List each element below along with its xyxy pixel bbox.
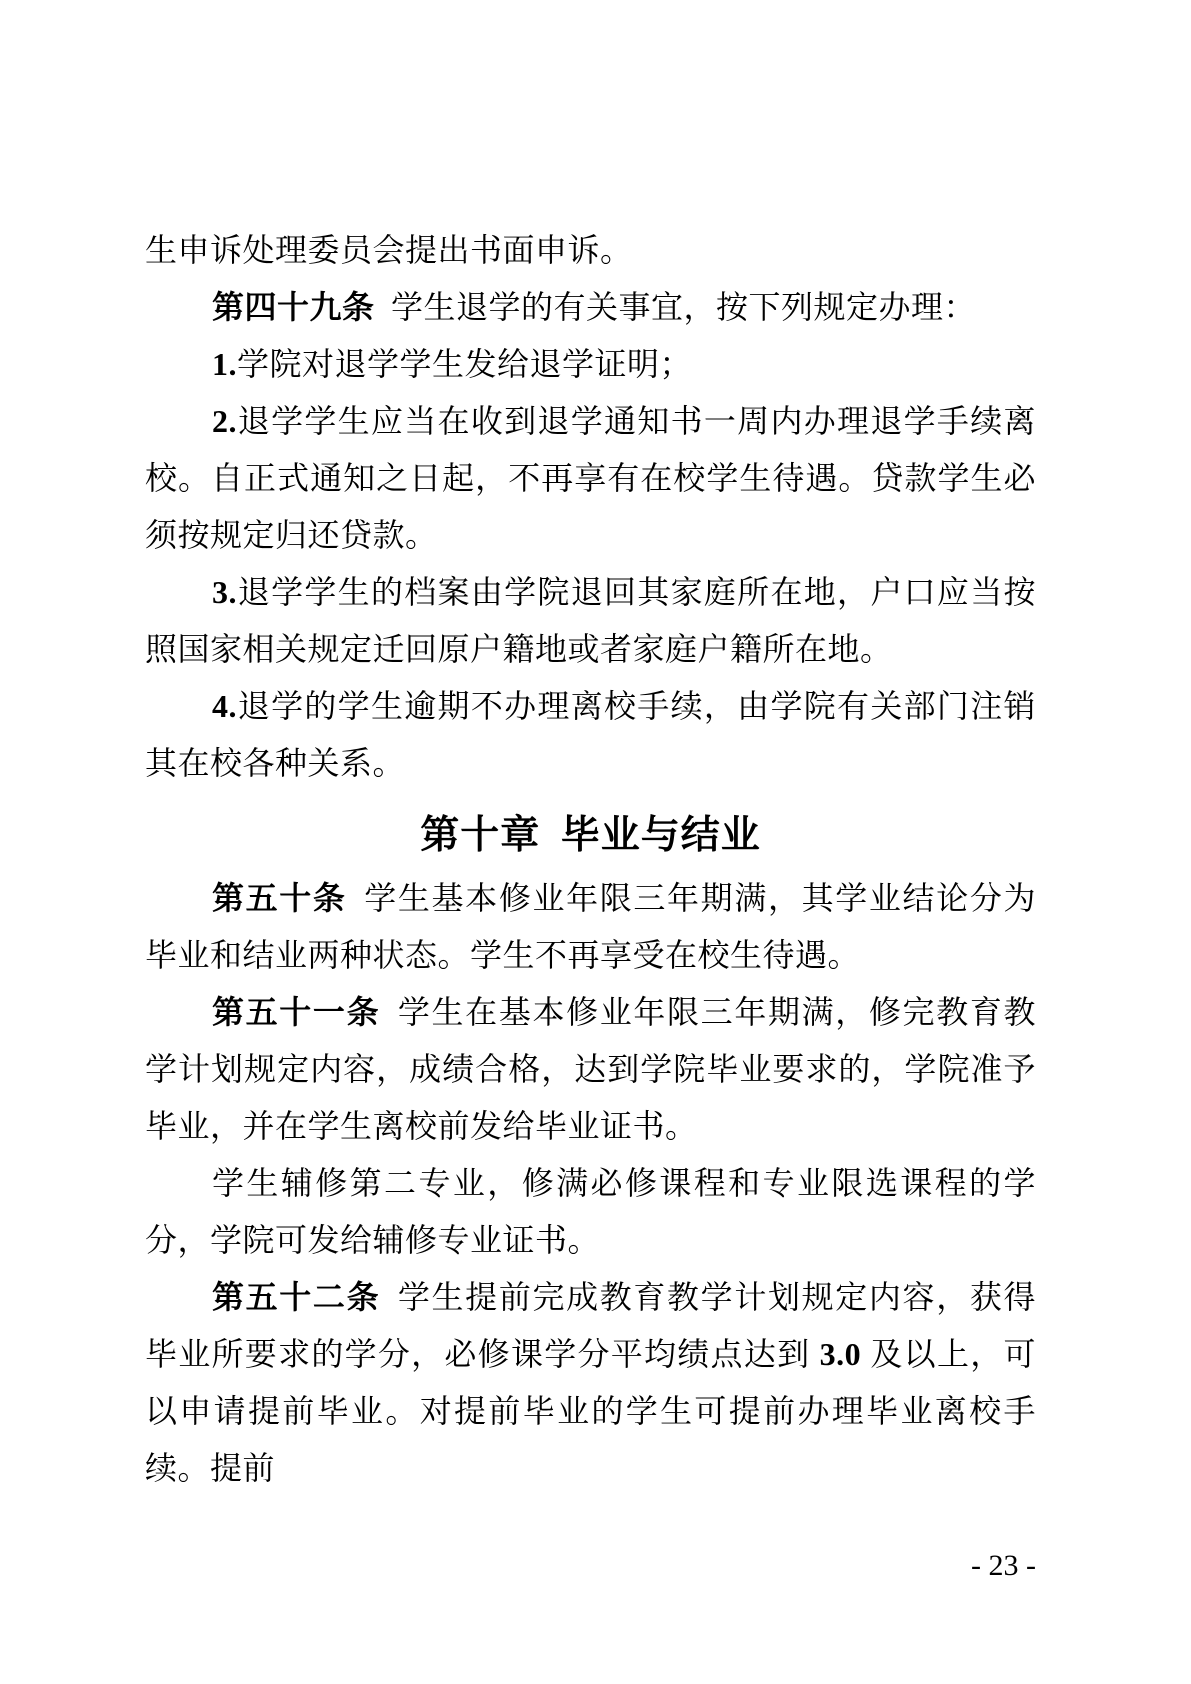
paragraph: 学生辅修第二专业，修满必修课程和专业限选课程的学分，学院可发给辅修专业证书。 — [145, 1155, 1036, 1269]
article-lead: 第五十一条 — [212, 994, 380, 1030]
paragraph: 第五十二条 学生提前完成教育教学计划规定内容，获得毕业所要求的学分，必修课学分平… — [145, 1269, 1036, 1497]
text-run: 退学学生的档案由学院退回其家庭所在地，户口应当按照国家相关规定迁回原户籍地或者家… — [145, 574, 1036, 667]
paragraph: 第五十条 学生基本修业年限三年期满，其学业结论分为毕业和结业两种状态。学生不再享… — [145, 870, 1036, 984]
numeral: 3.0 — [820, 1336, 862, 1372]
document-page: 生申诉处理委员会提出书面申诉。第四十九条 学生退学的有关事宜，按下列规定办理：1… — [0, 0, 1191, 1684]
paragraph: 2.退学学生应当在收到退学通知书一周内办理退学手续离校。自正式通知之日起，不再享… — [145, 393, 1036, 564]
article-lead: 第五十条 — [212, 880, 347, 916]
numeral: 3. — [212, 574, 237, 610]
text-run: 生申诉处理委员会提出书面申诉。 — [145, 232, 633, 268]
text-run: 学生辅修第二专业，修满必修课程和专业限选课程的学分，学院可发给辅修专业证书。 — [145, 1165, 1036, 1258]
text-run: 退学学生应当在收到退学通知书一周内办理退学手续离校。自正式通知之日起，不再享有在… — [145, 403, 1036, 553]
article-lead: 第四十九条 — [212, 289, 375, 325]
paragraph: 4.退学的学生逾期不办理离校手续，由学院有关部门注销其在校各种关系。 — [145, 678, 1036, 792]
paragraph: 第五十一条 学生在基本修业年限三年期满，修完教育教学计划规定内容，成绩合格，达到… — [145, 984, 1036, 1155]
text-run: 退学的学生逾期不办理离校手续，由学院有关部门注销其在校各种关系。 — [145, 688, 1036, 781]
numeral: 1. — [212, 346, 237, 382]
numeral: 2. — [212, 403, 237, 439]
paragraph: 1.学院对退学学生发给退学证明； — [145, 336, 1036, 393]
paragraph: 3.退学学生的档案由学院退回其家庭所在地，户口应当按照国家相关规定迁回原户籍地或… — [145, 564, 1036, 678]
paragraph: 第四十九条 学生退学的有关事宜，按下列规定办理： — [145, 279, 1036, 336]
text-run: 学院对退学学生发给退学证明； — [237, 346, 692, 382]
article-lead: 第十章 毕业与结业 — [420, 814, 761, 857]
text-run: 学生退学的有关事宜，按下列规定办理： — [375, 289, 977, 325]
chapter-heading: 第十章 毕业与结业 — [145, 806, 1036, 866]
paragraph: 生申诉处理委员会提出书面申诉。 — [145, 222, 1036, 279]
document-body: 生申诉处理委员会提出书面申诉。第四十九条 学生退学的有关事宜，按下列规定办理：1… — [145, 222, 1036, 1497]
numeral: 4. — [212, 688, 237, 724]
article-lead: 第五十二条 — [212, 1279, 380, 1315]
page-number: - 23 - — [145, 1548, 1036, 1584]
